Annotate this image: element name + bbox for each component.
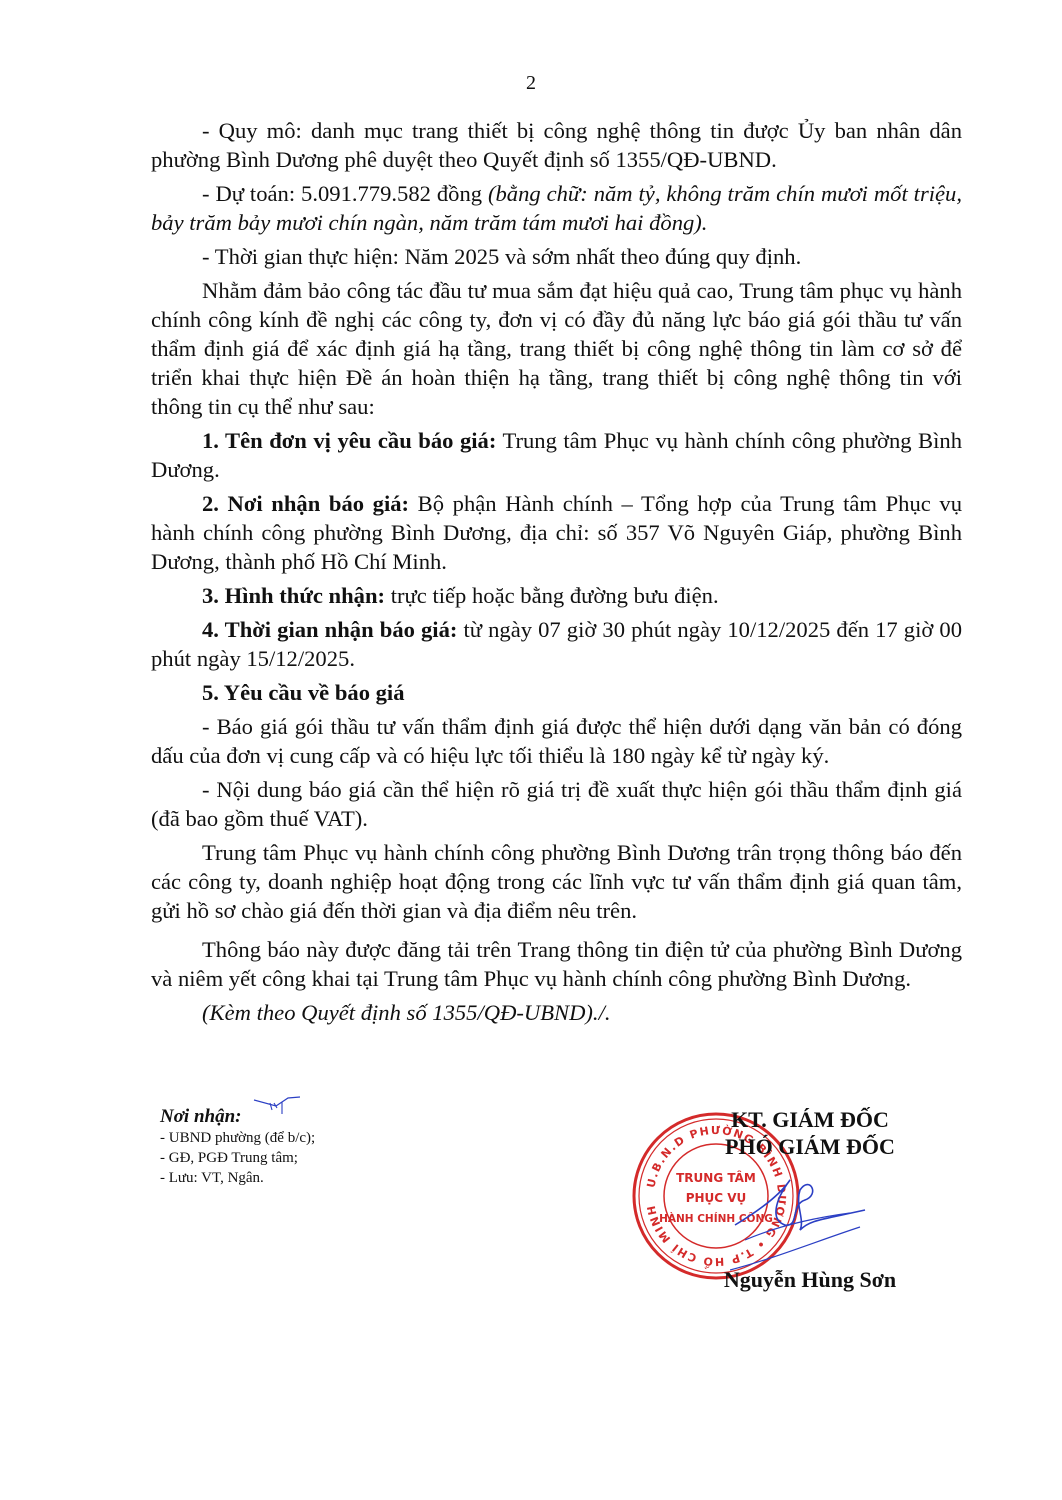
recipient-item: - GĐ, PGĐ Trung tâm; — [160, 1148, 315, 1168]
recipient-item: - Lưu: VT, Ngân. — [160, 1168, 315, 1188]
item-label: 1. Tên đơn vị yêu cầu báo giá: — [202, 428, 496, 453]
scope-paragraph: - Quy mô: danh mục trang thiết bị công n… — [151, 116, 962, 174]
page-number: 2 — [0, 72, 1062, 95]
item-label: 2. Nơi nhận báo giá: — [202, 491, 409, 516]
signer-authority: KT. GIÁM ĐỐC — [680, 1106, 940, 1133]
handwritten-initials-icon — [252, 1094, 302, 1116]
timeline-paragraph: - Thời gian thực hiện: Năm 2025 và sớm n… — [151, 242, 962, 271]
intro-paragraph: Nhằm đảm bảo công tác đầu tư mua sắm đạt… — [151, 276, 962, 421]
item-receiving-time: 4. Thời gian nhận báo giá: từ ngày 07 gi… — [151, 615, 962, 673]
posting-paragraph: Thông báo này được đăng tải trên Trang t… — [151, 935, 962, 993]
requirement-validity: - Báo giá gói thầu tư vấn thẩm định giá … — [151, 712, 962, 770]
item-receiving-method: 3. Hình thức nhận: trực tiếp hoặc bằng đ… — [151, 581, 962, 610]
signature-block: KT. GIÁM ĐỐC PHÓ GIÁM ĐỐC Nguyễn Hùng Sơ… — [680, 1106, 940, 1160]
recipients-block: Nơi nhận: - UBND phường (để b/c); - GĐ, … — [160, 1106, 315, 1188]
document-body: - Quy mô: danh mục trang thiết bị công n… — [151, 116, 962, 1032]
requirement-content: - Nội dung báo giá cần thể hiện rõ giá t… — [151, 775, 962, 833]
item-receiving-place: 2. Nơi nhận báo giá: Bộ phận Hành chính … — [151, 489, 962, 576]
estimate-paragraph: - Dự toán: 5.091.779.582 đồng (bằng chữ:… — [151, 179, 962, 237]
attachment-note: (Kèm theo Quyết định số 1355/QĐ-UBND)./. — [151, 998, 962, 1027]
handwritten-signature-icon — [730, 1165, 870, 1275]
item-quote-requirements: 5. Yêu cầu về báo giá — [151, 678, 962, 707]
notice-paragraph: Trung tâm Phục vụ hành chính công phường… — [151, 838, 962, 925]
signer-title: PHÓ GIÁM ĐỐC — [680, 1133, 940, 1160]
item-requesting-unit: 1. Tên đơn vị yêu cầu báo giá: Trung tâm… — [151, 426, 962, 484]
item-label: 3. Hình thức nhận: — [202, 583, 385, 608]
item-label: 4. Thời gian nhận báo giá: — [202, 617, 457, 642]
item-label: 5. Yêu cầu về báo giá — [202, 680, 405, 705]
item-text: trực tiếp hoặc bằng đường bưu điện. — [385, 583, 719, 608]
estimate-label: - Dự toán: 5.091.779.582 đồng — [202, 181, 488, 206]
recipient-item: - UBND phường (để b/c); — [160, 1128, 315, 1148]
